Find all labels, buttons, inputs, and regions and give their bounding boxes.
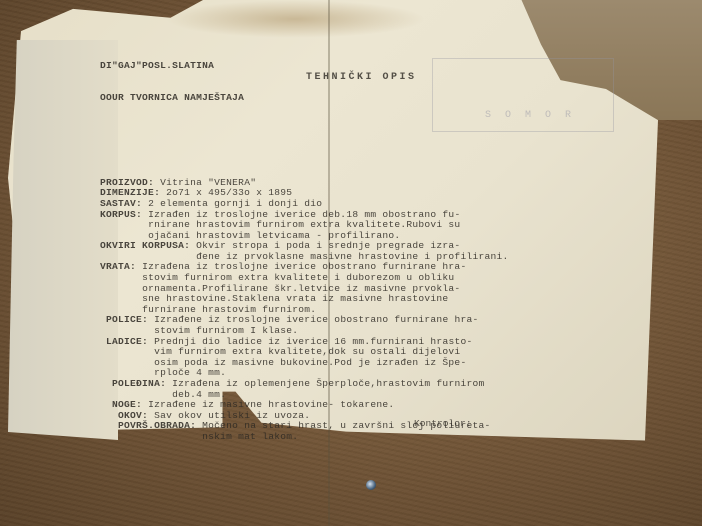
spec-label: OKOV: xyxy=(118,410,148,421)
spec-value: rnirane hrastovim furnirom extra kvalite… xyxy=(148,219,460,230)
spec-value: nskim mat lakom. xyxy=(202,431,298,442)
spec-value: furnirane hrastovim furnirom. xyxy=(142,304,316,315)
spec-value: 2o71 x 495/33o x 1895 xyxy=(166,187,292,198)
spec-value: ojačani hrastovim letvicama - profiliran… xyxy=(148,230,400,241)
spec-rows: PROIZVOD: Vitrina "VENERA"DIMENZIJE: 2o7… xyxy=(100,178,600,443)
push-pin xyxy=(366,480,376,490)
spec-label: NOGE: xyxy=(112,399,142,410)
spec-value: sne hrastovine.Staklena vrata iz masivne… xyxy=(142,293,448,304)
spec-value: Izrađena iz oplemenjene Šperploče,hrasto… xyxy=(172,378,484,389)
company-name: DI"GAJ"POSL.SLATINA xyxy=(100,61,600,72)
spec-label: VRATA: xyxy=(100,261,136,272)
spec-label: OKVIRI KORPUSA: xyxy=(100,240,190,251)
spec-value: vim furnirom extra kvalitete,dok su osta… xyxy=(154,346,460,357)
spec-value: Sav okov utilski iz uvoza. xyxy=(154,410,310,421)
spec-value: Izrađene iz troslojne iverice obostrano … xyxy=(154,314,478,325)
spec-label: POVRŠ.OBRADA: xyxy=(118,420,196,431)
spec-value: Izrađena iz troslojne iverice obostrano … xyxy=(142,261,466,272)
spec-value: stovim furnirom extra kvalitete i dubore… xyxy=(142,272,454,283)
spec-value: rploče 4 mm. xyxy=(154,367,226,378)
spec-label: KORPUS: xyxy=(100,209,142,220)
company-unit: OOUR TVORNICA NAMJEŠTAJA xyxy=(100,93,600,104)
spec-value: 2 elementa gornji i donji dio xyxy=(148,198,322,209)
spec-label: POLICE: xyxy=(106,314,148,325)
spec-value: ornamenta.Profilirane škr.letvice iz mas… xyxy=(142,283,460,294)
spec-value: Prednji dio ladice iz iverice 16 mm.furn… xyxy=(154,336,472,347)
spec-value: đene iz prvoklasne masivne hrastovine i … xyxy=(196,251,508,262)
spec-value: Okvir stropa i poda i srednje pregrade i… xyxy=(196,240,460,251)
spec-label: POLEĐINA: xyxy=(112,378,166,389)
spec-label: DIMENZIJE: xyxy=(100,187,160,198)
spec-label: LADICE: xyxy=(106,336,148,347)
typed-document: DI"GAJ"POSL.SLATINA OOUR TVORNICA NAMJEŠ… xyxy=(100,40,600,453)
spec-line: nskim mat lakom. xyxy=(100,432,600,443)
spec-value: stovim furnirom I klase. xyxy=(154,325,298,336)
signature-label: Kontrolor: xyxy=(414,418,472,429)
tape-stain xyxy=(165,0,425,38)
spec-value: osim poda iz masivne bukovine.Pod je izr… xyxy=(154,357,466,368)
spec-value: Izrađene iz masivne hrastovine- tokarene… xyxy=(148,399,394,410)
spec-value: Vitrina "VENERA" xyxy=(160,177,256,188)
spec-value: deb.4 mm. xyxy=(172,389,226,400)
spec-label: SASTAV: xyxy=(100,198,142,209)
spec-label: PROIZVOD: xyxy=(100,177,154,188)
spec-value: Izrađen iz troslojne iverice deb.18 mm o… xyxy=(148,209,460,220)
